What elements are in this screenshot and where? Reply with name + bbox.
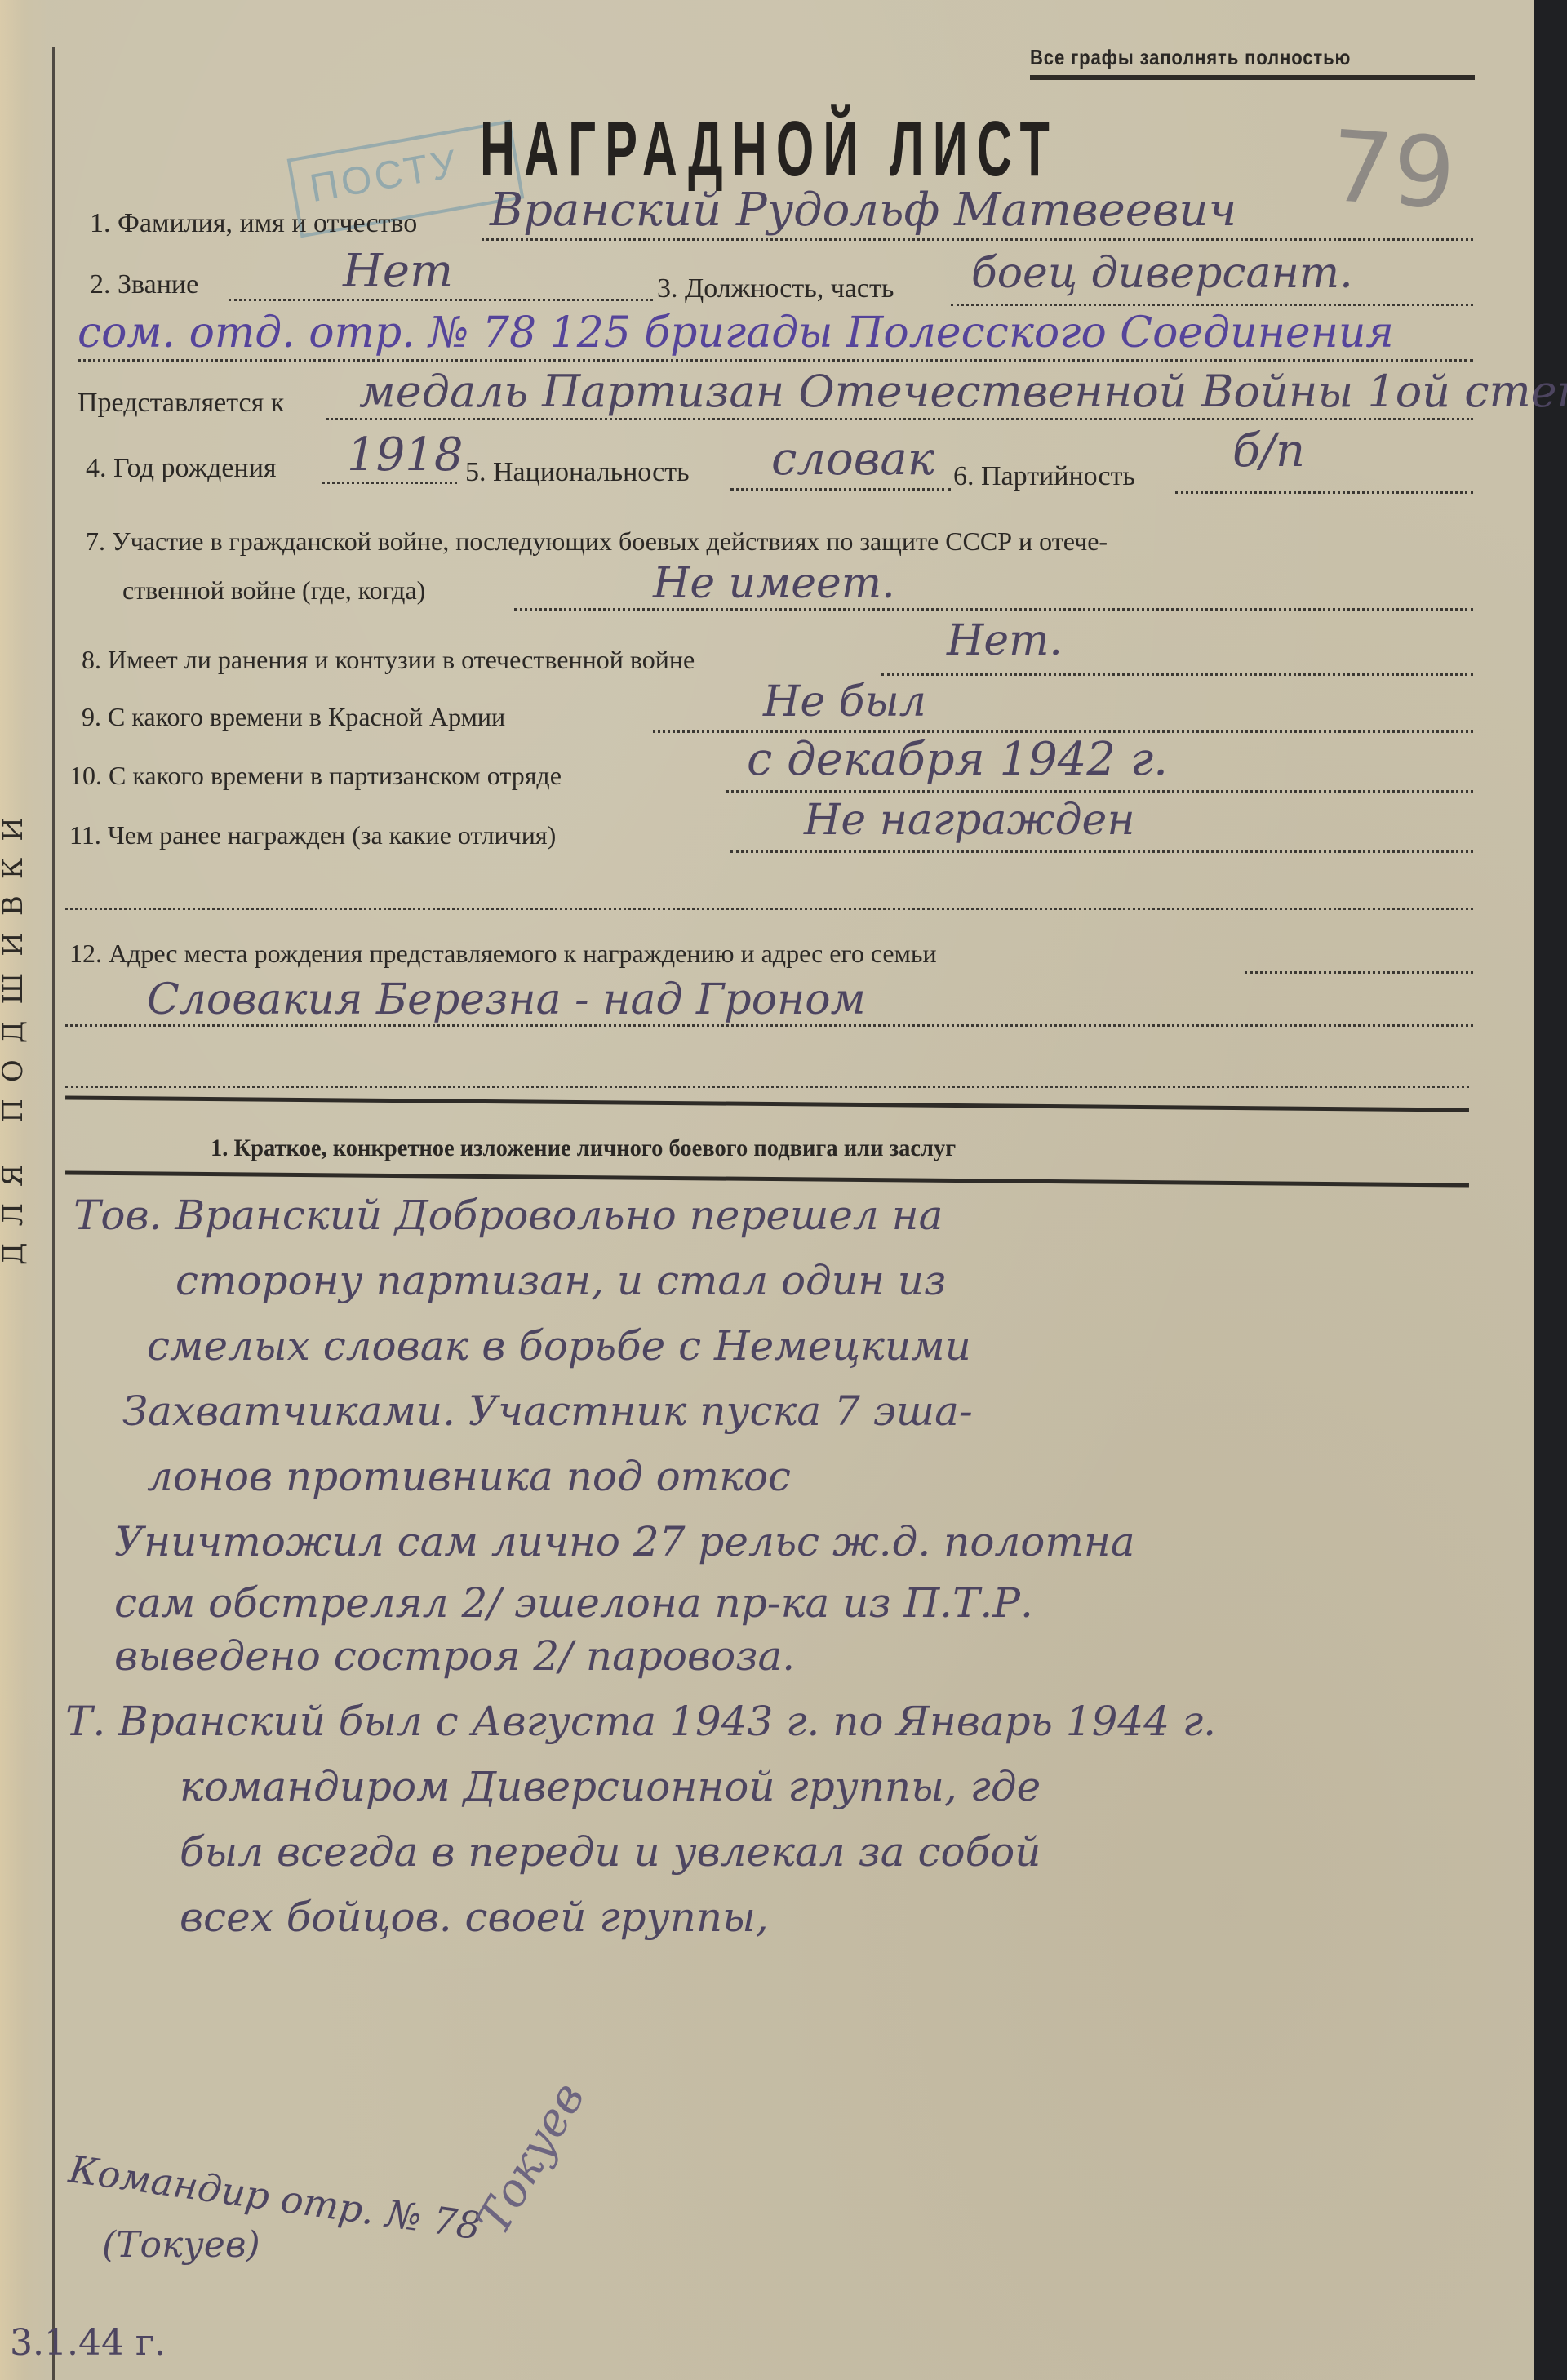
field-address-line-2 [65,1024,1473,1027]
field-participation-value: Не имеет. [653,559,895,608]
narrative-line: Захватчиками. Участник пуска 7 эша- [122,1388,973,1435]
field-birthyear-value: 1918 [347,428,464,482]
narrative-line: сторону партизан, и стал один из [175,1257,946,1304]
field-name-label: 1. Фамилия, имя и отчество [90,208,417,239]
field-redarmy-value: Не был [763,677,926,726]
field-unit-line [78,359,1473,362]
field-wounds-label: 8. Имеет ли ранения и контузии в отечест… [82,645,695,675]
field-position-label: 3. Должность, часть [657,273,894,304]
field-nationality-label: 5. Национальность [465,457,690,488]
field-position-value: боец диверсант. [971,249,1353,298]
fill-instruction: Все графы заполнять полностью [1030,45,1351,70]
field-address-line-1 [1245,971,1473,974]
field-birthyear-label: 4. Год рождения [86,453,277,484]
field-address-line-3 [65,1086,1469,1088]
field-name-line [482,238,1473,241]
field-rank-value: Нет [343,245,453,298]
narrative-line: всех бойцов. своей группы, [180,1894,769,1941]
field-party-label: 6. Партийность [953,461,1135,492]
field-prior-awards-extra-line [65,908,1473,910]
pencil-page-number: 79 [1326,110,1458,232]
signature-date: 3.1.44 г. [10,2322,166,2364]
section-bottom-rule [65,1170,1469,1187]
binding-margin-label: ДЛЯ ПОДШИВКИ [0,801,29,1265]
document-title: НАГРАДНОЙ ЛИСТ [480,104,1059,194]
field-nationality-line [730,488,951,491]
narrative-line: выведено состроя 2/ паровоза. [114,1632,795,1680]
field-address-value: Словакия Березна - над Гроном [147,975,866,1024]
field-prior-awards-label: 11. Чем ранее награжден (за какие отличи… [69,820,556,850]
field-award-line [326,418,1473,420]
narrative-line: Уничтожил сам лично 27 рельс ж.д. полотн… [114,1518,1135,1565]
narrative-line: Тов. Вранский Добровольно перешел на [73,1192,943,1239]
field-position-line [951,304,1473,306]
stamp-text: ПОСТУ [307,141,463,211]
field-partisan-since-value: с декабря 1942 г. [747,733,1168,786]
field-rank-label: 2. Звание [90,269,198,300]
signature-name: (Токуев) [102,2224,260,2266]
narrative-line: командиром Диверсионной группы, где [180,1763,1041,1810]
field-rank-line [229,299,653,301]
field-redarmy-label: 9. С какого времени в Красной Армии [82,702,505,732]
narrative-line: был всегда в переди и увлекал за собой [180,1828,1041,1876]
field-award-label: Представляется к [78,388,284,419]
field-wounds-value: Нет. [947,616,1063,665]
section-top-rule [65,1095,1469,1112]
field-award-value: медаль Партизан Отечественной Войны 1ой … [359,366,1567,417]
field-unit-value: сом. отд. отр. № 78 125 бригады Полесско… [78,309,1394,357]
field-prior-awards-value: Не награжден [804,796,1135,845]
narrative-line: лонов противника под откос [147,1453,791,1500]
field-nationality-value: словак [771,433,934,486]
instruction-underline [1030,75,1475,80]
field-partisan-since-label: 10. С какого времени в партизанском отря… [69,761,562,791]
field-name-value: Вранский Рудольф Матвеевич [490,184,1236,237]
narrative-line: смелых словак в борьбе с Немецкими [147,1322,971,1370]
field-wounds-line [881,673,1473,676]
narrative-line: Т. Вранский был с Августа 1943 г. по Янв… [65,1698,1216,1745]
signature: Токуев [467,2074,596,2244]
field-prior-awards-line [730,850,1473,853]
field-partisan-since-line [726,790,1473,793]
binding-margin-line [52,47,55,2380]
award-sheet-page: ДЛЯ ПОДШИВКИ Все графы заполнять полност… [0,0,1534,2380]
field-party-value: б/п [1232,424,1305,477]
field-birthyear-line [322,482,457,484]
field-address-label: 12. Адрес места рождения представляемого… [69,939,937,969]
field-participation-line [514,608,1473,611]
narrative-line: сам обстрелял 2/ эшелона пр-ка из П.Т.Р. [114,1579,1033,1627]
field-party-line [1175,491,1473,494]
field-participation-label-1: 7. Участие в гражданской войне, последую… [86,526,1108,557]
section-title: 1. Краткое, конкретное изложение личного… [211,1134,956,1162]
field-participation-label-2: ственной войне (где, когда) [122,575,425,606]
